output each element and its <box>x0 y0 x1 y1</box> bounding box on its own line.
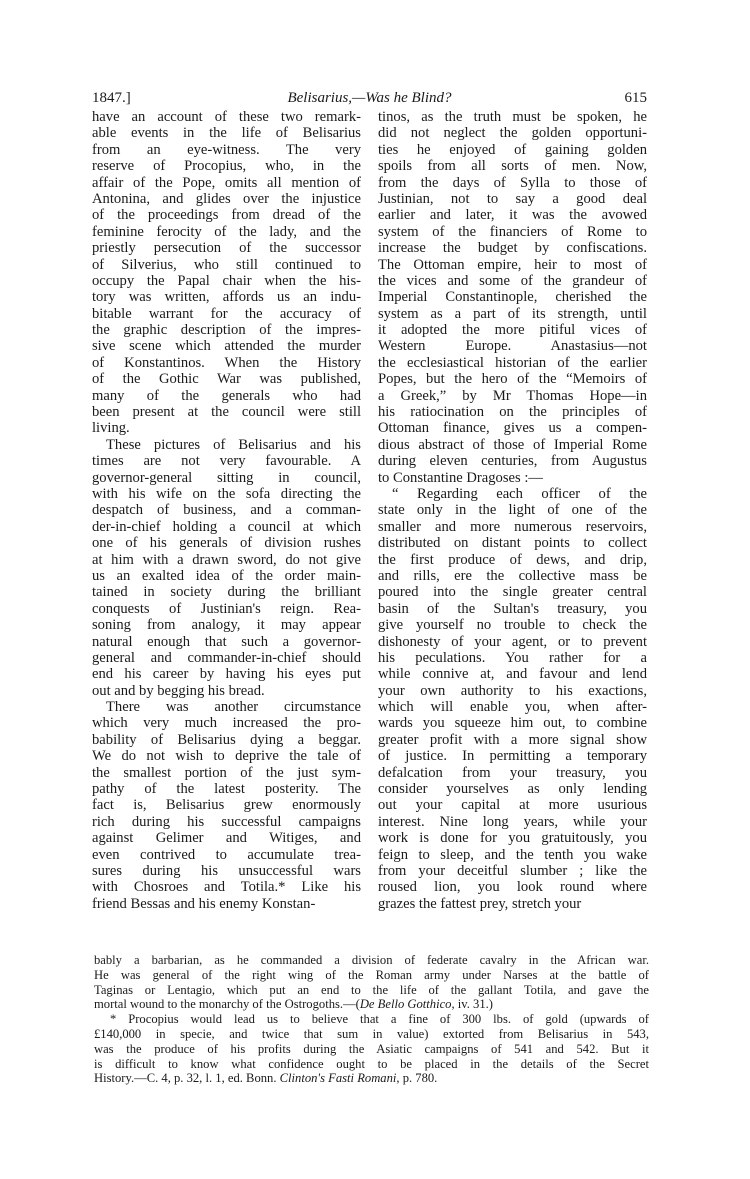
text-line: We do not wish to deprive the tale of <box>92 748 361 764</box>
text-line: one of his generals of division rushes <box>92 535 361 551</box>
text-line: tinos, as the truth must be spoken, he <box>378 109 647 125</box>
text-line: from the days of Sylla to those of <box>378 175 647 191</box>
footnote-line: History.—C. 4, p. 32, l. 1, ed. Bonn. Cl… <box>94 1071 649 1086</box>
text-line: These pictures of Belisarius and his <box>92 437 361 453</box>
text-line: to Constantine Dragoses :— <box>378 470 647 486</box>
text-line: system as a part of its strength, until <box>378 306 647 322</box>
text-line: with his wife on the sofa directing the <box>92 486 361 502</box>
text-line: did not neglect the golden opportuni- <box>378 125 647 141</box>
text-line: your own authority to his exactions, <box>378 683 647 699</box>
text-line: state only in the light of one of the <box>378 502 647 518</box>
text-line: reserve of Procopius, who, in the <box>92 158 361 174</box>
text-line: from your deceitful slumber ; like the <box>378 863 647 879</box>
text-line: at him with a drawn sword, do not give <box>92 552 361 568</box>
text-line: which will enable you, when after- <box>378 699 647 715</box>
footnote-line: mortal wound to the monarchy of the Ostr… <box>94 997 649 1012</box>
footnote-line: was the produce of his profits during th… <box>94 1042 649 1057</box>
text-line: while connive at, and favour and lend <box>378 666 647 682</box>
citation-title: De Bello Gotthico <box>360 997 452 1011</box>
text-line: There was another circumstance <box>92 699 361 715</box>
text-line: interest. Nine long years, while your <box>378 814 647 830</box>
text-line: work is done for you gratuitously, you <box>378 830 647 846</box>
text-line: despatch of business, and a comman- <box>92 502 361 518</box>
text-line: affair of the Pope, omits all mention of <box>92 175 361 191</box>
footnote-line: He was general of the right wing of the … <box>94 968 649 983</box>
text-line: Ottoman finance, gives us a compen- <box>378 420 647 436</box>
footnote-line: bably a barbarian, as he commanded a div… <box>94 953 649 968</box>
text-line: have an account of these two remark- <box>92 109 361 125</box>
text-line: “ Regarding each officer of the <box>378 486 647 502</box>
text-line: roused lion, you look round where <box>378 879 647 895</box>
text-line: consider yourselves as only lending <box>378 781 647 797</box>
text-line: a Greek,” by Mr Thomas Hope—in <box>378 388 647 404</box>
text-line: the ecclesiastical historian of the earl… <box>378 355 647 371</box>
text-line: of the proceedings from dread of the <box>92 207 361 223</box>
running-header: 1847.] Belisarius,—Was he Blind? 615 <box>92 88 647 108</box>
text-line: the graphic description of the impres- <box>92 322 361 338</box>
text-line: out your capital at more usurious <box>378 797 647 813</box>
footnote-line: Taginas or Lentagio, which put an end to… <box>94 983 649 998</box>
text-line: out and by begging his bread. <box>92 683 361 699</box>
text-line: dishonesty of your agent, or to prevent <box>378 634 647 650</box>
text-line: distributed on distant points to collect <box>378 535 647 551</box>
text-line: priestly persecution of the successor <box>92 240 361 256</box>
text-line: which very much increased the pro- <box>92 715 361 731</box>
text-line: occupy the Papal chair when the his- <box>92 273 361 289</box>
text-line: from an eye-witness. The very <box>92 142 361 158</box>
text-line: of Konstantinos. When the History <box>92 355 361 371</box>
text-line: during eleven centuries, from Augustus <box>378 453 647 469</box>
footnote-line: £140,000 in specie, and twice that sum i… <box>94 1027 649 1042</box>
left-column: have an account of these two remark-able… <box>92 109 361 912</box>
text-line: many of the generals who had <box>92 388 361 404</box>
text-line: governor-general sitting in council, <box>92 470 361 486</box>
citation-title: Clinton's Fasti Romani <box>280 1071 397 1085</box>
text-line: Western Europe. Anastasius—not <box>378 338 647 354</box>
text-line: his peculations. You rather for a <box>378 650 647 666</box>
text-line: times are not very favourable. A <box>92 453 361 469</box>
text-line: soning from analogy, it may appear <box>92 617 361 633</box>
text-line: able events in the life of Belisarius <box>92 125 361 141</box>
text-line: Popes, but the hero of the “Memoirs of <box>378 371 647 387</box>
text-line: of the Gothic War was published, <box>92 371 361 387</box>
text-line: general and commander-in-chief should <box>92 650 361 666</box>
text-line: of Silverius, who still continued to <box>92 257 361 273</box>
text-line: against Gelimer and Witiges, and <box>92 830 361 846</box>
document-page: 1847.] Belisarius,—Was he Blind? 615 hav… <box>0 0 750 1179</box>
text-line: smaller and more numerous reservoirs, <box>378 519 647 535</box>
text-line: Imperial Constantinople, cherished the <box>378 289 647 305</box>
footnote-line: is difficult to know what confidence oug… <box>94 1057 649 1072</box>
text-line: the vices and some of the grandeur of <box>378 273 647 289</box>
text-line: bitable warrant for the accuracy of <box>92 306 361 322</box>
text-line: of justice. In permitting a temporary <box>378 748 647 764</box>
text-line: feminine ferocity of the lady, and the <box>92 224 361 240</box>
text-line: Antonina, and glides over the injustice <box>92 191 361 207</box>
text-line: conquests of Justinian's reign. Rea- <box>92 601 361 617</box>
text-line: us an exalted idea of the order main- <box>92 568 361 584</box>
text-line: ties he enjoyed of gaining golden <box>378 142 647 158</box>
text-line: living. <box>92 420 361 436</box>
text-line: poured into the single greater central <box>378 584 647 600</box>
text-line: the first produce of dews, and drip, <box>378 552 647 568</box>
text-line: feign to sleep, and the tenth you wake <box>378 847 647 863</box>
text-line: his ratiocination on the principles of <box>378 404 647 420</box>
text-line: been present at the council were still <box>92 404 361 420</box>
text-line: basin of the Sultan's treasury, you <box>378 601 647 617</box>
text-line: with Chosroes and Totila.* Like his <box>92 879 361 895</box>
text-line: fact is, Belisarius grew enormously <box>92 797 361 813</box>
text-line: pathy of the latest posterity. The <box>92 781 361 797</box>
footnotes: bably a barbarian, as he commanded a div… <box>94 953 649 1086</box>
text-line: The Ottoman empire, heir to most of <box>378 257 647 273</box>
right-column: tinos, as the truth must be spoken, hedi… <box>378 109 647 912</box>
text-line: greater profit with a more signal show <box>378 732 647 748</box>
text-line: give yourself no trouble to check the <box>378 617 647 633</box>
text-line: earlier and later, it was the avowed <box>378 207 647 223</box>
text-line: grazes the fattest prey, stretch your <box>378 896 647 912</box>
header-title: Belisarius,—Was he Blind? <box>92 88 647 108</box>
text-line: natural enough that such a governor- <box>92 634 361 650</box>
text-line: it adopted the more pitiful vices of <box>378 322 647 338</box>
text-line: defalcation from your treasury, you <box>378 765 647 781</box>
text-line: end his career by having his eyes put <box>92 666 361 682</box>
text-line: der-in-chief holding a council at which <box>92 519 361 535</box>
text-line: wards you squeeze him out, to combine <box>378 715 647 731</box>
text-line: the smallest portion of the just sym- <box>92 765 361 781</box>
text-line: spoils from all sorts of men. Now, <box>378 158 647 174</box>
text-line: and rills, ere the collective mass be <box>378 568 647 584</box>
page-number: 615 <box>625 88 648 108</box>
text-line: tained in society during the brilliant <box>92 584 361 600</box>
text-line: sive scene which attended the murder <box>92 338 361 354</box>
text-line: bability of Belisarius dying a beggar. <box>92 732 361 748</box>
text-line: rich during his successful campaigns <box>92 814 361 830</box>
text-line: even contrived to accumulate trea- <box>92 847 361 863</box>
text-line: friend Bessas and his enemy Konstan- <box>92 896 361 912</box>
text-line: tory was written, affords us an indu- <box>92 289 361 305</box>
text-line: sures during his unsuccessful wars <box>92 863 361 879</box>
footnote-line: * Procopius would lead us to believe tha… <box>94 1012 649 1027</box>
text-line: increase the budget by confiscations. <box>378 240 647 256</box>
text-line: Justinian, not to say a good deal <box>378 191 647 207</box>
text-line: dious abstract of those of Imperial Rome <box>378 437 647 453</box>
text-line: system of the financiers of Rome to <box>378 224 647 240</box>
